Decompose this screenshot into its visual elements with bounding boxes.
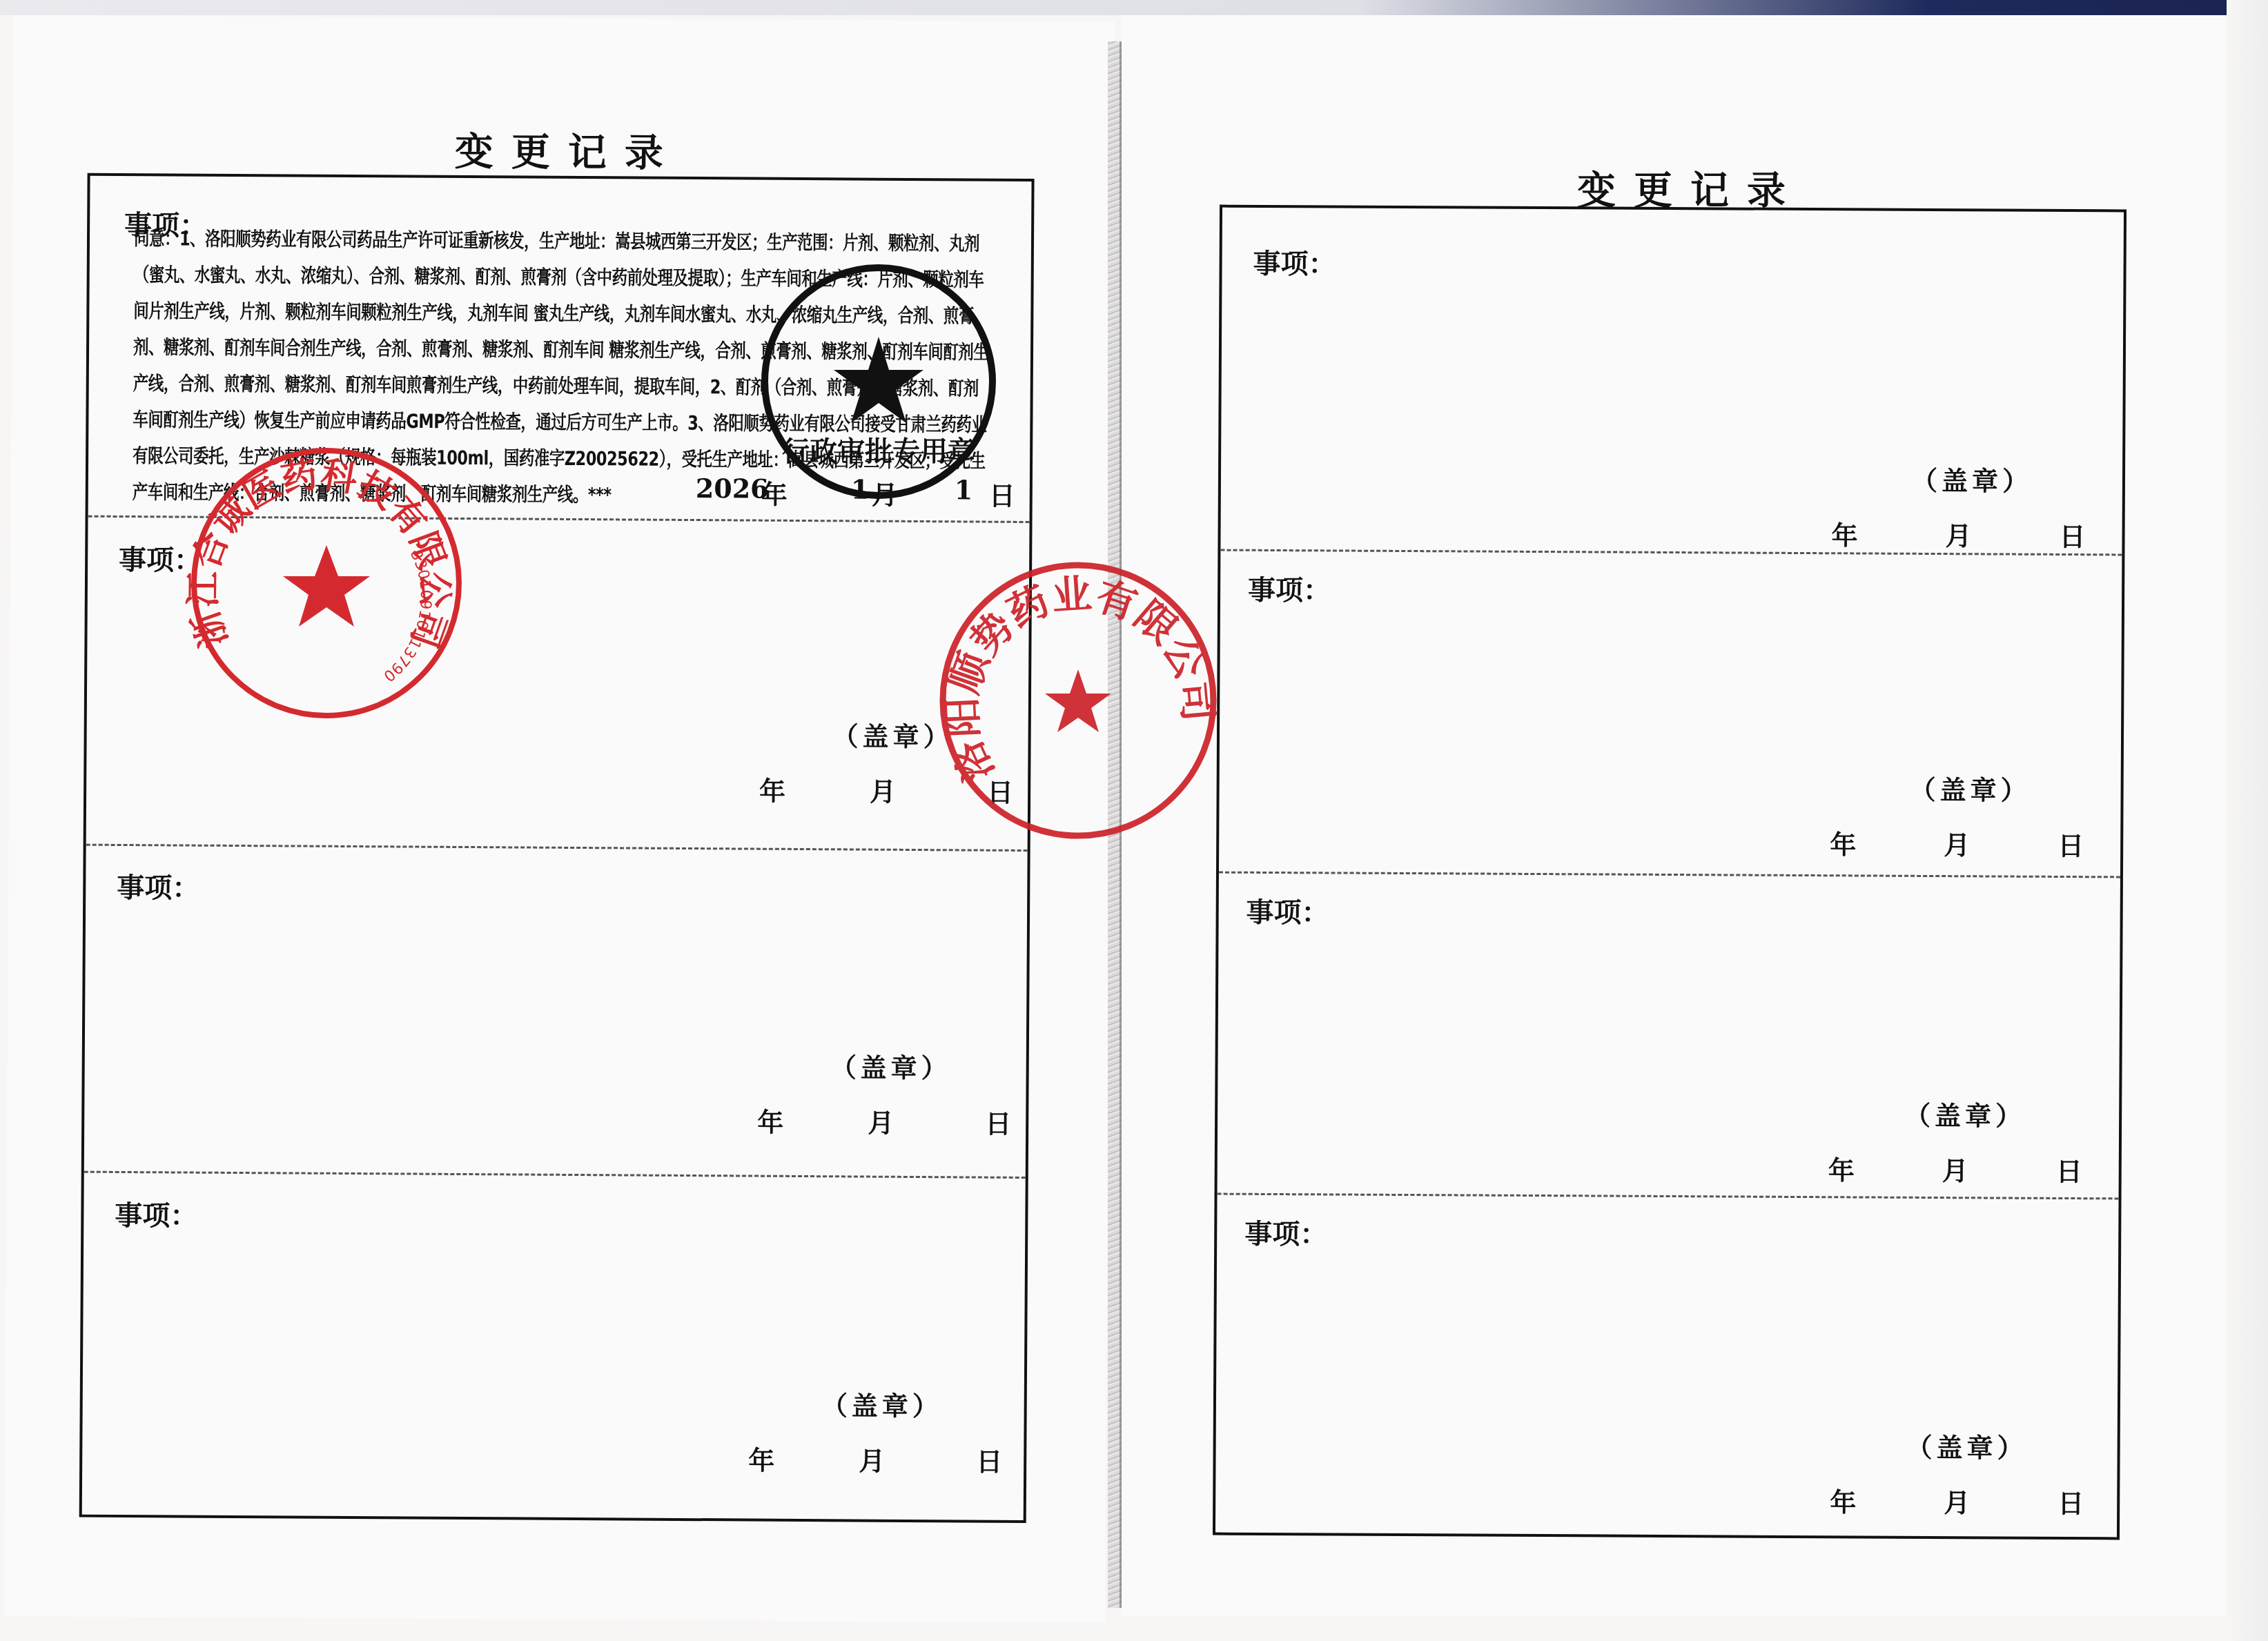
entry-4: 事项： （盖章） 年 月 日 bbox=[82, 1173, 1026, 1517]
date-month-unit: 月 bbox=[1944, 1482, 1970, 1520]
entry-label: 事项： bbox=[117, 866, 199, 906]
date-year-unit: 年 bbox=[757, 1101, 783, 1139]
entry-label: 事项： bbox=[1248, 569, 1331, 609]
seal-label: （盖章） bbox=[830, 1046, 952, 1085]
seal-label: （盖章） bbox=[821, 1384, 943, 1423]
date-month-unit: 月 bbox=[870, 771, 896, 809]
seal-label: （盖章） bbox=[1910, 769, 2031, 807]
entry-3: 事项： （盖章） 年 月 日 bbox=[84, 845, 1028, 1175]
backdrop-top bbox=[0, 0, 2268, 15]
entry-1: 事项： （盖章） 年 月 日 bbox=[1220, 208, 2124, 551]
entry-date: 年 月 日 bbox=[1218, 1146, 2119, 1151]
date-month-unit: 月 bbox=[868, 1102, 894, 1140]
approval-stamp: 行政审批专用章 bbox=[758, 261, 999, 502]
date-month-unit: 月 bbox=[1942, 1150, 1968, 1188]
entry-date: 年 月 日 bbox=[82, 1435, 1024, 1441]
entry-label: 事项： bbox=[1247, 891, 1329, 931]
date-year-unit: 年 bbox=[759, 770, 785, 808]
date-year-unit: 年 bbox=[1828, 1149, 1855, 1187]
date-year-unit: 年 bbox=[1830, 1481, 1856, 1519]
backdrop-right bbox=[2227, 0, 2268, 1641]
date-month-unit: 月 bbox=[859, 1440, 885, 1478]
entry-date: 年 月 日 bbox=[1221, 511, 2122, 516]
date-month-unit: 月 bbox=[1944, 824, 1970, 862]
entry-4: 事项： （盖章） 年 月 日 bbox=[1215, 1195, 2118, 1531]
date-day-unit: 日 bbox=[985, 1103, 1011, 1141]
date-year-unit: 年 bbox=[1831, 514, 1857, 552]
entry-date: 年 月 日 bbox=[84, 1097, 1026, 1103]
entry-label: 事项： bbox=[1244, 1212, 1327, 1252]
date-day-unit: 日 bbox=[2057, 1482, 2084, 1520]
entry-2: 事项： （盖章） 年 月 日 bbox=[1219, 551, 2122, 874]
page-title: 变更记录 bbox=[455, 121, 681, 178]
date-day-unit: 日 bbox=[976, 1441, 1002, 1479]
seal-label: （盖章） bbox=[1906, 1426, 2028, 1465]
approval-stamp-seal: 行政审批专用章 bbox=[758, 261, 999, 502]
seal-label: （盖章） bbox=[1904, 1094, 2026, 1133]
entry-date: 年 月 日 bbox=[1219, 820, 2120, 825]
star-icon bbox=[283, 545, 370, 627]
entry-date: 年 月 日 bbox=[86, 766, 1028, 772]
entry-date: 年 月 日 bbox=[1215, 1478, 2117, 1483]
company-stamp-luoyang: 洛阳顺势药业有限公司 bbox=[933, 556, 1223, 845]
star-icon bbox=[1045, 669, 1111, 732]
right-page: 变更记录 事项： （盖章） 年 月 日 事项： （盖章） 年 月 日 事项： bbox=[1122, 15, 2226, 1616]
seal-label: （盖章） bbox=[1911, 460, 2033, 498]
star-icon bbox=[834, 337, 923, 423]
entry-3: 事项： （盖章） 年 月 日 bbox=[1218, 874, 2120, 1196]
entry-label: 事项： bbox=[1253, 242, 1336, 282]
date-year-unit: 年 bbox=[1830, 823, 1856, 861]
date-day-unit: 日 bbox=[2057, 825, 2084, 863]
entry-label: 事项： bbox=[115, 1194, 197, 1234]
company-stamp-zhejiang: 浙江合诚医药科技有限公司 3301091011379​0 bbox=[185, 442, 468, 725]
date-day-unit: 日 bbox=[2056, 1150, 2082, 1188]
svg-text:行政审批专用章: 行政审批专用章 bbox=[782, 435, 975, 468]
date-year-unit: 年 bbox=[748, 1439, 774, 1477]
change-record-box: 事项： （盖章） 年 月 日 事项： （盖章） 年 月 日 事项： （盖章） bbox=[1213, 205, 2127, 1540]
date-day-unit: 日 bbox=[2059, 515, 2085, 553]
date-month-unit: 月 bbox=[1945, 515, 1971, 553]
